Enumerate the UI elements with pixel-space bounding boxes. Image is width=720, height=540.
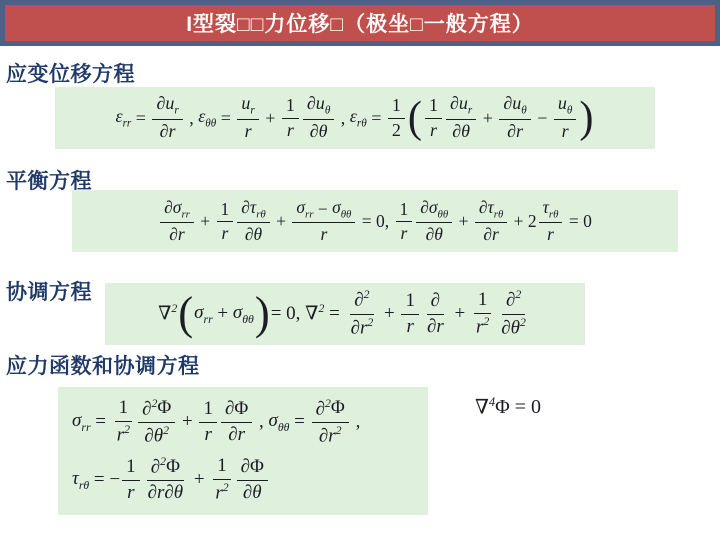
equation-stress-function: σrr = 1r2∂2Φ∂θ2 + 1r∂Φ∂r , σθθ = ∂2Φ∂r2 … (58, 387, 428, 515)
slide-title: I型裂□□力位移□（极坐□一般方程） (186, 8, 534, 38)
section-heading-strain-displacement: 应变位移方程 (6, 58, 135, 88)
equation-content: ∇4Φ = 0 (475, 395, 541, 420)
equation-content: ∇2(σrr + σθθ)= 0, ∇2 = ∂2∂r2 + 1r∂∂r + 1… (158, 288, 532, 339)
slide-title-bar: I型裂□□力位移□（极坐□一般方程） (0, 0, 720, 46)
equation-biharmonic: ∇4Φ = 0 (448, 388, 568, 426)
equation-content: ∂σrr∂r + 1r∂τrθ∂θ + σrr − σθθr = 0, 1r∂σ… (158, 197, 592, 246)
equation-strain-displacement: εrr = ∂ur∂r , εθθ = urr + 1r∂uθ∂θ , εrθ … (55, 87, 655, 149)
slide: I型裂□□力位移□（极坐□一般方程） 应变位移方程 εrr = ∂ur∂r , … (0, 0, 720, 540)
equation-content-row2: τrθ = −1r∂2Φ∂r∂θ + 1r2∂Φ∂θ (72, 455, 270, 505)
section-heading-compatibility: 协调方程 (6, 276, 92, 306)
equation-equilibrium: ∂σrr∂r + 1r∂τrθ∂θ + σrr − σθθr = 0, 1r∂σ… (72, 190, 678, 252)
section-heading-stress-function: 应力函数和协调方程 (6, 350, 200, 380)
equation-content-row1: σrr = 1r2∂2Φ∂θ2 + 1r∂Φ∂r , σθθ = ∂2Φ∂r2 … (72, 397, 360, 448)
equation-content: εrr = ∂ur∂r , εθθ = urr + 1r∂uθ∂θ , εrθ … (116, 93, 595, 143)
equation-compatibility: ∇2(σrr + σθθ)= 0, ∇2 = ∂2∂r2 + 1r∂∂r + 1… (105, 283, 585, 345)
